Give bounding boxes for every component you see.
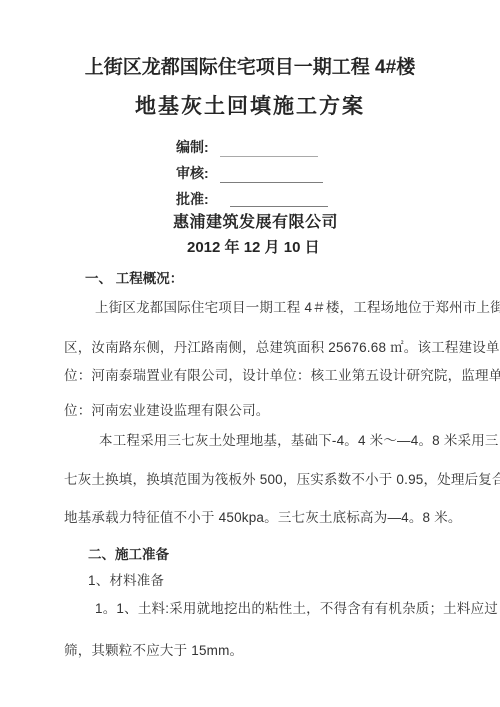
- section1-paragraph2-line1: 本工程采用三七灰土处理地基，基础下-4。4 米～—4。8 米采用三: [99, 429, 499, 449]
- section1-heading: 一、 工程概况：: [85, 267, 183, 287]
- document-page: 上街区龙都国际住宅项目一期工程 4#楼 地基灰土回填施工方案 编制: 审核: 批…: [0, 0, 500, 707]
- prepared-by-label: 编制:: [176, 137, 209, 157]
- section2-subheading: 1、材料准备: [88, 569, 164, 589]
- section1-paragraph2-line2: 七灰土换填，换填范围为筏板外 500，压实系数不小于 0.95，处理后复合: [64, 468, 500, 488]
- reviewed-by-blank-line: [220, 181, 323, 183]
- document-title-line2: 地基灰土回填施工方案: [0, 90, 500, 120]
- document-date: 2012 年 12 月 10 日: [187, 236, 320, 257]
- section2-item-line2: 筛，其颗粒不应大于 15mm。: [64, 639, 243, 659]
- section1-paragraph2-line3: 地基承载力特征值不小于 450kpa。三七灰土底标高为—4。8 米。: [64, 506, 462, 526]
- section1-paragraph1-line1: 上街区龙都国际住宅项目一期工程 4＃楼，工程场地位于郑州市上街: [95, 296, 500, 316]
- approved-by-blank-line: [230, 205, 328, 207]
- company-name: 惠浦建筑发展有限公司: [173, 209, 338, 232]
- section1-paragraph1-line4: 位：河南宏业建设监理有限公司。: [64, 399, 270, 419]
- section2-item-line1: 1。1、土料:采用就地挖出的粘性土，不得含有有机杂质；土料应过: [95, 597, 498, 617]
- prepared-by-blank-line: [220, 155, 318, 157]
- reviewed-by-label: 审核:: [176, 163, 209, 183]
- approved-by-label: 批准:: [176, 189, 209, 209]
- section1-paragraph1-line2: 区，汝南路东侧，丹江路南侧，总建筑面积 25676.68 ㎡。该工程建设单: [64, 336, 500, 356]
- section2-heading: 二、施工准备: [88, 543, 169, 563]
- section1-paragraph1-line3: 位：河南泰瑞置业有限公司，设计单位：核工业第五设计研究院，监理单: [64, 364, 500, 384]
- document-title-line1: 上街区龙都国际住宅项目一期工程 4#楼: [0, 52, 500, 79]
